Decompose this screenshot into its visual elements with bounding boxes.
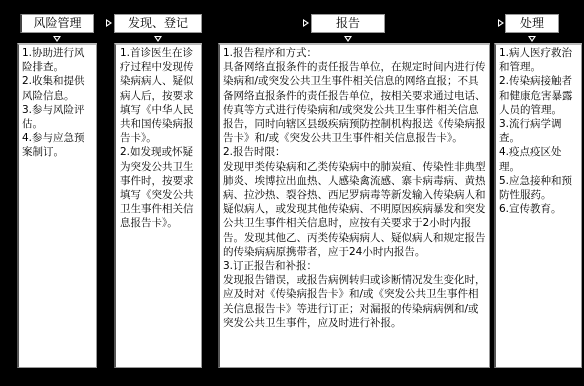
section-heading: 3.订正报告和补报： xyxy=(223,259,487,273)
arrow-right-icon xyxy=(498,19,504,27)
arrow-down-icon xyxy=(344,36,352,42)
section-text: 发现甲类传染病和乙类传染病中的肺炭疽、传染性非典型肺炎、埃博拉出血热、人感染禽流… xyxy=(223,160,487,259)
stage-content-risk-management: 1.协助进行风险排查。 2.收集和提供风险信息。 3.参与风险评估。 4.参与应… xyxy=(17,43,97,368)
stage-content-report: 1.报告程序和方式： 具备网络直报条件的责任报告单位，在规定时间内进行传染病和/… xyxy=(218,43,490,368)
stage-content-discovery: 1.首诊医生在诊疗过程中发现传染病病人、疑似病人后，按要求填写《中华人民共和国传… xyxy=(114,43,202,368)
section-text: 具备网络直报条件的责任报告单位，在规定时间内进行传染病和/或突发公共卫生事件相关… xyxy=(223,60,487,145)
stage-header-handling: 处理 xyxy=(505,14,559,33)
list-item: 5.应急接种和预防性服药。 xyxy=(499,174,579,202)
stage-header-discovery: 发现、登记 xyxy=(114,14,202,33)
arrow-right-icon xyxy=(303,19,309,27)
stage-header-report: 报告 xyxy=(311,14,385,33)
section-text: 发现报告错误，或报告病例转归或诊断情况发生变化时，应及时对《传染病报告卡》和/或… xyxy=(223,273,487,330)
list-item: 4.参与应急预案制订。 xyxy=(22,131,94,159)
list-item: 1.协助进行风险排查。 xyxy=(22,46,94,74)
list-item: 2.收集和提供风险信息。 xyxy=(22,74,94,102)
section-heading: 2.报告时限： xyxy=(223,145,487,159)
list-item: 3.流行病学调查。 xyxy=(499,117,579,145)
stage-content-handling: 1.病人医疗救治和管理。 2.传染病接触者和健康危害暴露人员的管理。 3.流行病… xyxy=(494,43,582,368)
list-item: 6.宣传教育。 xyxy=(499,202,579,216)
list-item: 1.病人医疗救治和管理。 xyxy=(499,46,579,74)
list-item: 2.如发现或怀疑为突发公共卫生事件时，按要求填写《突发公共卫生事件相关信息报告卡… xyxy=(120,145,199,230)
arrow-down-icon xyxy=(528,36,536,42)
list-item: 1.首诊医生在诊疗过程中发现传染病病人、疑似病人后，按要求填写《中华人民共和国传… xyxy=(120,46,199,145)
stage-header-risk-management: 风险管理 xyxy=(20,14,94,33)
list-item: 4.疫点疫区处理。 xyxy=(499,145,579,173)
arrow-down-icon xyxy=(154,36,162,42)
section-heading: 1.报告程序和方式： xyxy=(223,46,487,60)
arrow-down-icon xyxy=(53,36,61,42)
list-item: 2.传染病接触者和健康危害暴露人员的管理。 xyxy=(499,74,579,117)
list-item: 3.参与风险评估。 xyxy=(22,103,94,131)
arrow-right-icon xyxy=(106,19,112,27)
